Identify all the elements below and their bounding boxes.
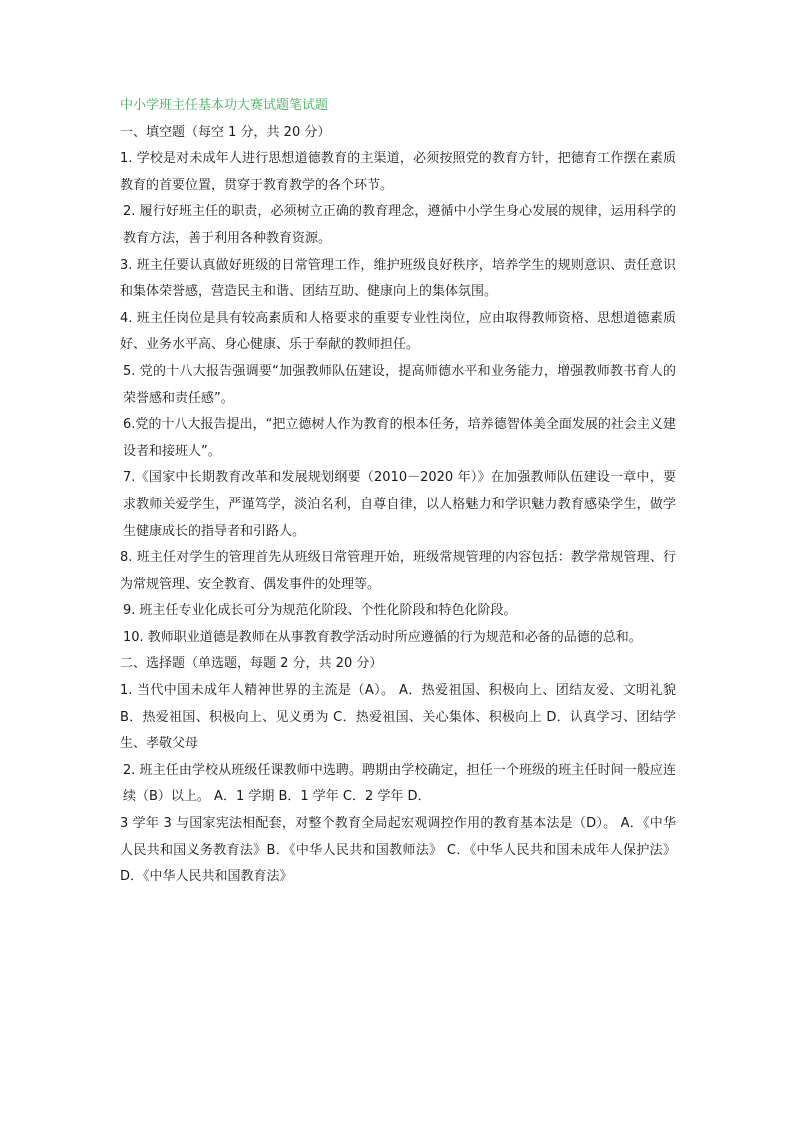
fill-question-10: 10. 教师职业道德是教师在从事教育教学活动时所应遵循的行为规范和必备的品德的总… <box>120 625 676 652</box>
fill-question-6: 6.党的十八大报告提出，“把立德树人作为教育的根本任务，培养德智体美全面发展的社… <box>120 412 676 465</box>
fill-question-8: 8. 班主任对学生的管理首先从班级日常管理开始，班级常规管理的内容包括：教学常规… <box>120 545 676 598</box>
document-title: 中小学班主任基本功大赛试题笔试题 <box>120 93 676 120</box>
choice-question-1: 1. 当代中国未成年人精神世界的主流是（A）。 A．热爱祖国、积极向上、团结友爱… <box>120 678 676 758</box>
section1-heading: 一、填空题（每空 1 分，共 20 分） <box>120 120 676 147</box>
document-page: 中小学班主任基本功大赛试题笔试题 一、填空题（每空 1 分，共 20 分） 1.… <box>120 93 676 891</box>
fill-question-2: 2. 履行好班主任的职责，必须树立正确的教育理念，遵循中小学生身心发展的规律，运… <box>120 199 676 252</box>
fill-question-3: 3. 班主任要认真做好班级的日常管理工作，维护班级良好秩序，培养学生的规则意识、… <box>120 253 676 306</box>
choice-question-2: 2. 班主任由学校从班级任课教师中选聘。聘期由学校确定，担任一个班级的班主任时间… <box>120 758 676 811</box>
choice-question-3: 3 学年 3 与国家宪法相配套，对整个教育全局起宏观调控作用的教育基本法是（D）… <box>120 811 676 891</box>
fill-question-5: 5. 党的十八大报告强调要“加强教师队伍建设，提高师德水平和业务能力，增强教师教… <box>120 359 676 412</box>
fill-question-7: 7.《国家中长期教育改革和发展规划纲要（2010－2020 年）》在加强教师队伍… <box>120 465 676 545</box>
fill-question-9: 9. 班主任专业化成长可分为规范化阶段、个性化阶段和特色化阶段。 <box>120 598 676 625</box>
fill-question-4: 4. 班主任岗位是具有较高素质和人格要求的重要专业性岗位，应由取得教师资格、思想… <box>120 306 676 359</box>
section2-heading: 二、选择题（单选题，每题 2 分，共 20 分） <box>120 651 676 678</box>
fill-question-1: 1. 学校是对未成年人进行思想道德教育的主渠道，必须按照党的教育方针，把德育工作… <box>120 146 676 199</box>
